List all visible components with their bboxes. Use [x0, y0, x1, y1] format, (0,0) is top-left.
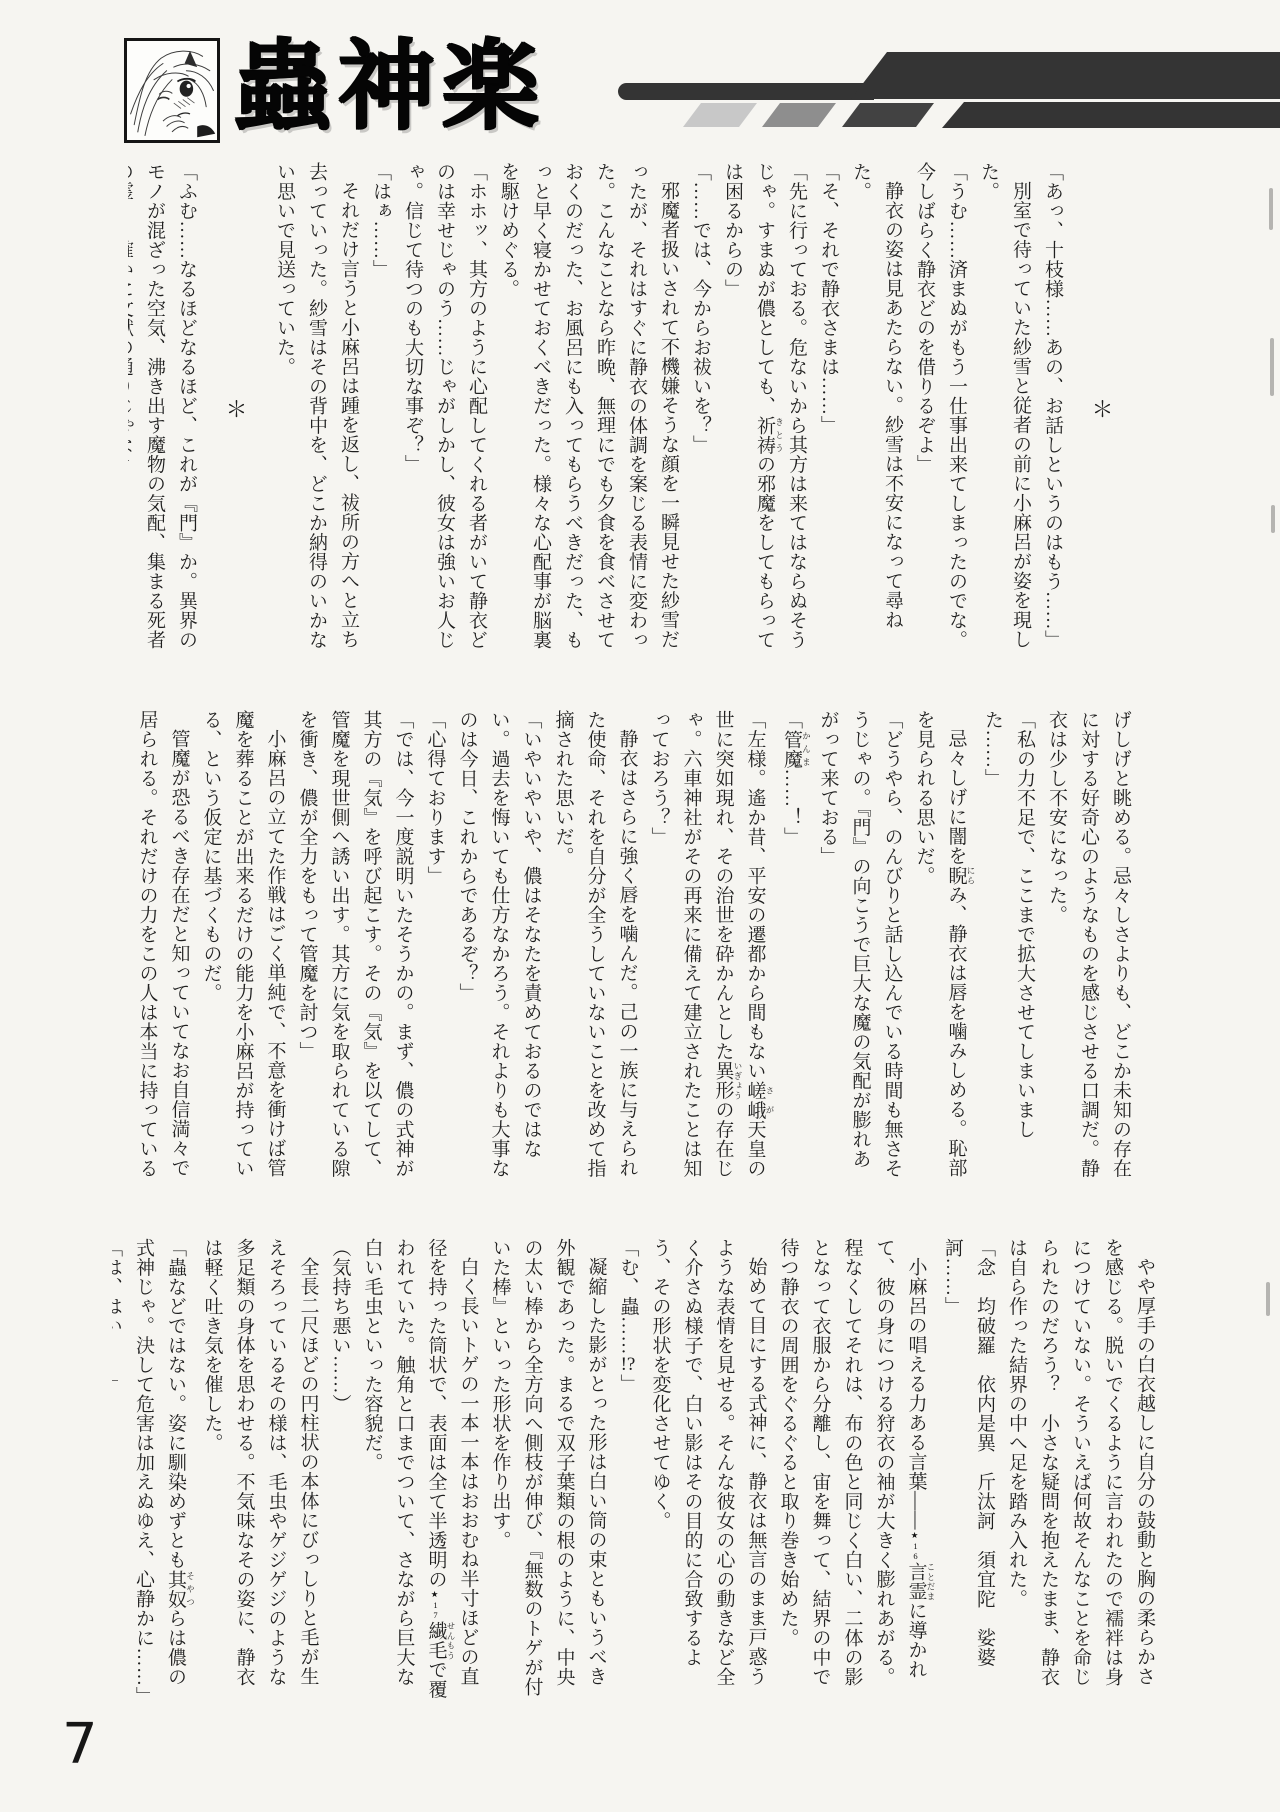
banner-chip-mid: [762, 103, 836, 127]
header-illustration: [124, 38, 220, 143]
ruby-annotation: 管魔かんま: [781, 730, 802, 769]
scene-separator: ＊: [1085, 162, 1117, 656]
ruby-annotation: 嵯峨さが: [745, 1081, 766, 1120]
scan-artifact: [1271, 505, 1275, 533]
paragraph: 「いやいやいや、儂はそなたを責めておるのではない。過去を悔いても仕方なかろう。そ…: [451, 710, 547, 1180]
paragraph: 「……では、今からお祓いを？」: [684, 162, 716, 656]
paragraph: 「は、はい……」: [112, 1238, 127, 1704]
paragraph: やや厚手の白衣越しに自分の鼓動と胸の柔らかさを感じる。脱いでくるように言われたの…: [1000, 1238, 1160, 1704]
banner-block-bottom: [942, 102, 1280, 128]
paragraph: 「蟲などではない。姿に馴染めずとも其奴そやつらは儂の式神じゃ。決して危害は加えぬ…: [127, 1238, 196, 1704]
paragraph: 「うむ……済まぬがもう一仕事出来てしまったのでな。今しばらく静衣どのを借りるぞよ…: [908, 162, 972, 656]
paragraph: 「心得ております」: [419, 710, 451, 1180]
paragraph: 「どうやら、のんびりと話し込んでいる時間も無さそうじゃの。『門』の向こうで巨大な…: [812, 710, 908, 1180]
paragraph: 「左様。遙か昔、平安の遷都から間もない嵯峨さが天皇の世に突如現れ、その治世を砕か…: [643, 710, 776, 1180]
ruby-annotation: 異形いぎょう: [713, 1061, 734, 1100]
paragraph: （気持ち悪い……）: [324, 1238, 356, 1704]
paragraph: 「ふむ……なるほどなるほど、これが『門』か。異界のモノが混ざった空気、沸き出す魔…: [128, 162, 202, 656]
paragraph: げしげと眺める。忌々しさよりも、どこか未知の存在に対する好奇心のようなものを感じ…: [1040, 710, 1136, 1180]
text-band-2: げしげと眺める。忌々しさよりも、どこか未知の存在に対する好奇心のようなものを感じ…: [128, 710, 1136, 1180]
text-band-1: ＊「あっ、十枝様……あの、お話しというのはもう……」別室で待っていた紗雪と従者の…: [128, 162, 1134, 656]
paragraph: 白く長いトゲの一本一本はおおむね半寸ほどの直径を持った筒状で、表面は全て半透明の…: [356, 1238, 484, 1704]
text-band-3: やや厚手の白衣越しに自分の鼓動と胸の柔らかさを感じる。脱いでくるように言われたの…: [112, 1238, 1160, 1704]
paragraph: 忌々しげに闇を睨にらみ、静衣は唇を噛みしめる。恥部を見られる思いだ。: [908, 710, 977, 1180]
paragraph: 静衣はさらに強く唇を噛んだ。己の一族に与えられた使命、それを自分が全うしていない…: [547, 710, 643, 1180]
ruby-annotation: 繊毛せんもう: [426, 1621, 447, 1660]
paragraph: 小麻呂の唱える力ある言葉——★16言霊ことだまに導かれて、彼の身につける狩衣の袖…: [772, 1238, 937, 1704]
ruby-annotation: 其奴そやつ: [165, 1570, 186, 1609]
ruby-annotation: 睨にら: [946, 866, 967, 886]
paragraph: 全長二尺ほどの円柱状の本体にびっしりと毛が生えそろっているその様は、毛虫やゲジゲ…: [196, 1238, 324, 1704]
paragraph: 凝縮した影がとった形は白い筒の束ともいうべき外観であった。まるで双子葉類の根のよ…: [484, 1238, 612, 1704]
manga-girl-sketch-icon: [127, 41, 217, 140]
paragraph: 「ホホッ、其方のように心配してくれる者がいて静衣どのは幸せじゃのう……じゃがしか…: [396, 162, 492, 656]
page-number: 7: [62, 1712, 98, 1777]
paragraph: 「私の力不足で、ここまで拡大させてしまいました……」: [976, 710, 1040, 1180]
paragraph: 小麻呂の立てた作戦はごく単純で、不意を衝けば管魔を葬ることが出来るだけの能力を小…: [195, 710, 291, 1180]
ruby-annotation: 祈祷きとう: [754, 416, 775, 455]
page-title: 蟲神楽: [234, 8, 546, 148]
scene-separator: ＊: [219, 162, 251, 656]
paragraph: 「あっ、十枝様……あの、お話しというのはもう……」: [1036, 162, 1068, 656]
paragraph: 「では、今一度説明いたそうかの。まず、儂の式神が其方の『気』を呼び起こす。その『…: [291, 710, 419, 1180]
scan-artifact: [1270, 338, 1274, 396]
footnote-marker: ★16: [911, 1531, 921, 1561]
banner-chip-dark: [842, 103, 934, 127]
paragraph: 邪魔者扱いされて不機嫌そうな顔を一瞬見せた紗雪だったが、それはすぐに静衣の体調を…: [492, 162, 684, 656]
banner-chip-light: [683, 103, 757, 127]
paragraph: 「そ、それで静衣さまは……」: [812, 162, 844, 656]
ruby-annotation: 言霊ことだま: [906, 1562, 927, 1601]
paragraph: 静衣の姿は見あたらない。紗雪は不安になって尋ねた。: [844, 162, 908, 656]
paragraph: 始めて目にする式神に、静衣は無言のまま戸惑うような表情を見せる。そんな彼女の心の…: [644, 1238, 772, 1704]
paragraph: 「む、蟲……!?」: [612, 1238, 644, 1704]
scan-artifact: [1266, 1282, 1270, 1316]
tate-chu-yoko: !?: [618, 1355, 639, 1374]
banner-block-top: [851, 52, 1280, 99]
paragraph: 「先に行っておる。危ないから其方は来てはならぬそうじゃ。すまぬが儂としても、祈祷…: [716, 162, 812, 656]
paragraph: 「管魔かんま……！」: [775, 710, 812, 1180]
banner-bar: [618, 83, 874, 100]
footnote-marker: ★17: [431, 1590, 441, 1620]
paragraph: 管魔が恐るべき存在だと知っていてなお自信満々で居られる。それだけの力をこの人は本…: [128, 710, 195, 1180]
paragraph: 「はぁ……」: [364, 162, 396, 656]
scan-artifact: [1269, 188, 1273, 230]
paragraph: 別室で待っていた紗雪と従者の前に小麻呂が姿を現した。: [972, 162, 1036, 656]
paragraph: 「念 均破羅 依内是異 斤汰訶 須宜陀 娑婆訶……」: [936, 1238, 1000, 1704]
paragraph: それだけ言うと小麻呂は踵を返し、祓所の方へと立ち去っていった。紗雪はその背中を、…: [268, 162, 364, 656]
scanned-novel-page: 蟲神楽 ＊「あっ、十枝様……あの、お話しというのはもう……」別室で待っていた紗雪…: [0, 0, 1280, 1812]
